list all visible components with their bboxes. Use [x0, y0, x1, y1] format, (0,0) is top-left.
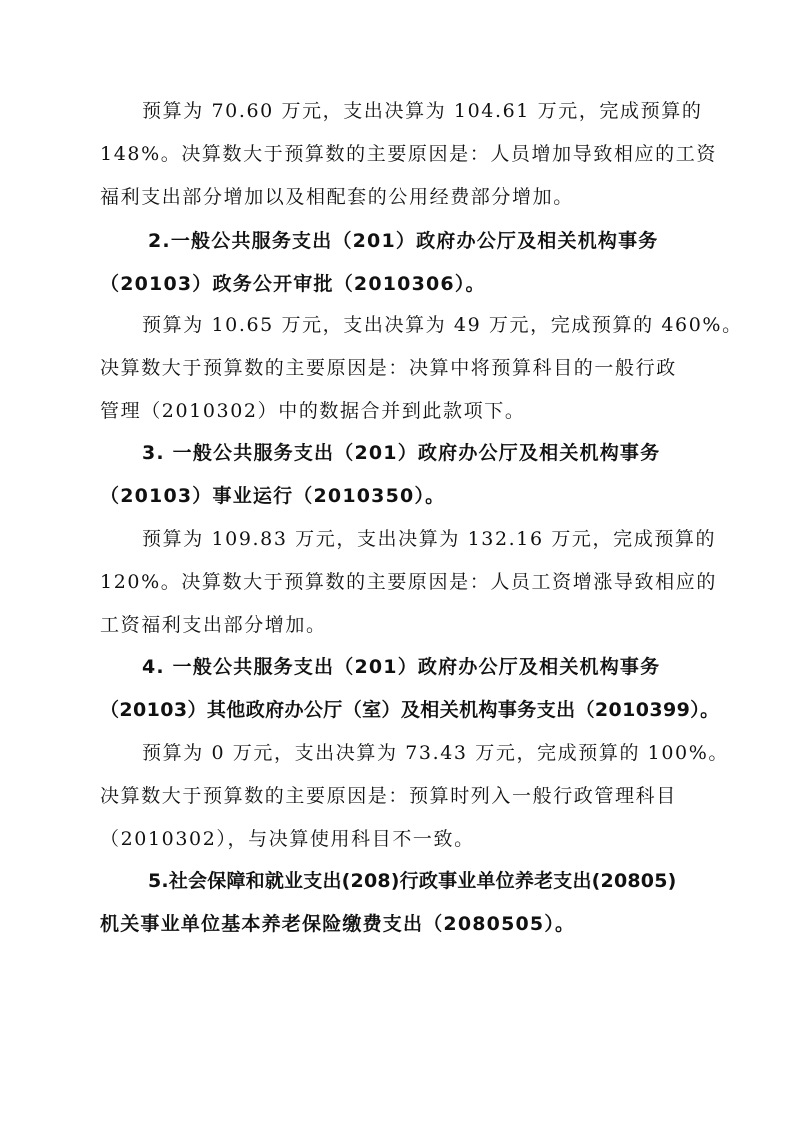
paragraph-3-line-2: 120%。决算数大于预算数的主要原因是：人员工资增涨导致相应的	[100, 570, 717, 594]
paragraph-3-line-1: 预算为 109.83 万元，支出决算为 132.16 万元，完成预算的	[142, 527, 716, 551]
paragraph-1-line-2: 148%。决算数大于预算数的主要原因是：人员增加导致相应的工资	[100, 142, 717, 166]
paragraph-2-line-2: 决算数大于预算数的主要原因是：决算中将预算科目的一般行政	[100, 356, 677, 380]
section-heading-5-line-2: 机关事业单位基本养老保险缴费支出（2080505）。	[100, 912, 575, 936]
section-heading-2-line-2: （20103）政务公开审批（2010306）。	[100, 272, 486, 296]
paragraph-3-line-3: 工资福利支出部分增加。	[100, 613, 327, 637]
section-heading-2-line-1: 2.一般公共服务支出（201）政府办公厅及相关机构事务	[148, 229, 659, 253]
paragraph-1-line-3: 福利支出部分增加以及相配套的公用经费部分增加。	[100, 185, 574, 209]
section-heading-4-line-2: （20103）其他政府办公厅（室）及相关机构事务支出（2010399）。	[100, 698, 720, 722]
section-heading-5-line-1: 5.社会保障和就业支出(208)行政事业单位养老支出(20805)	[148, 869, 677, 893]
paragraph-1-line-1: 预算为 70.60 万元，支出决算为 104.61 万元，完成预算的	[142, 99, 702, 123]
paragraph-2-line-1: 预算为 10.65 万元，支出决算为 49 万元，完成预算的 460%。	[142, 313, 743, 337]
section-heading-3-line-2: （20103）事业运行（2010350）。	[100, 484, 445, 508]
paragraph-4-line-3: （2010302），与决算使用科目不一致。	[100, 827, 475, 851]
paragraph-4-line-2: 决算数大于预算数的主要原因是：预算时列入一般行政管理科目	[100, 784, 677, 808]
paragraph-4-line-1: 预算为 0 万元，支出决算为 73.43 万元，完成预算的 100%。	[142, 741, 729, 765]
section-heading-3-line-1: 3. 一般公共服务支出（201）政府办公厅及相关机构事务	[142, 441, 660, 465]
paragraph-2-line-3: 管理（2010302）中的数据合并到此款项下。	[100, 399, 525, 423]
section-heading-4-line-1: 4. 一般公共服务支出（201）政府办公厅及相关机构事务	[142, 655, 660, 679]
